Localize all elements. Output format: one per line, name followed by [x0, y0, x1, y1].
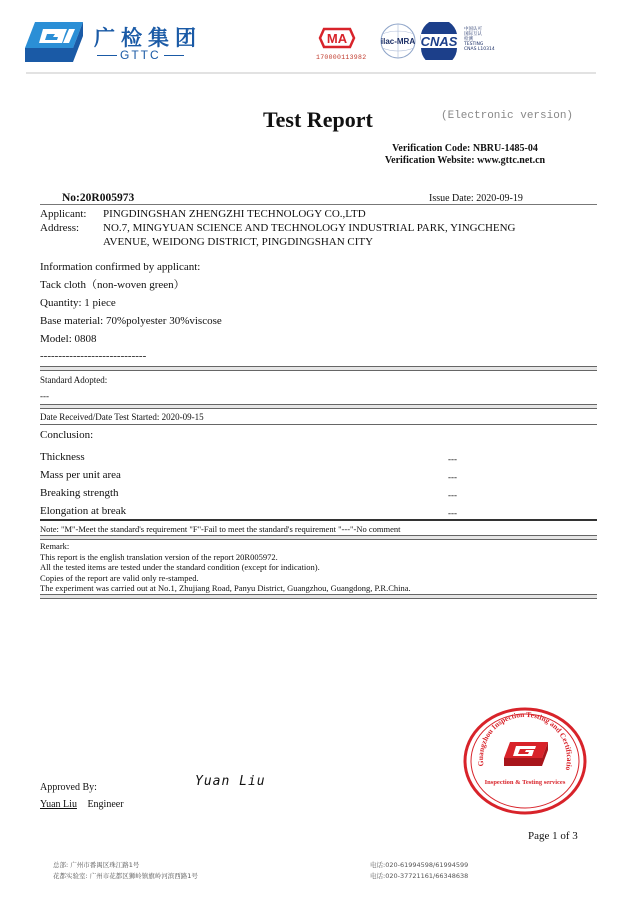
info-line: Model: 0808: [40, 333, 97, 346]
applicant-label: Applicant:: [40, 208, 86, 221]
test-item: Breaking strength: [40, 487, 119, 500]
info-heading: Information confirmed by applicant:: [40, 261, 200, 274]
test-result: ---: [448, 471, 457, 484]
address-line-2: AVENUE, WEIDONG DISTRICT, PINGDINGSHAN C…: [103, 236, 373, 249]
standard-value: ---: [40, 390, 49, 403]
footer-phone-2: 电话:020-37721161/66348638: [370, 871, 468, 882]
footer-addresses: 总部: 广州市番禺区珠江路1号 花都实验室: 广州市花都区狮岭镇旗岭河滨西路1号: [53, 860, 198, 882]
section-divider: [40, 366, 597, 371]
footer-phone-1: 电话:020-61994598/61994599: [370, 860, 468, 871]
signature: Yuan Liu: [195, 774, 266, 789]
test-item: Elongation at break: [40, 505, 126, 518]
remark-line: The experiment was carried out at No.1, …: [40, 583, 411, 594]
test-item: Thickness: [40, 451, 85, 464]
date-received: Date Received/Date Test Started: 2020-09…: [40, 411, 204, 424]
footer-lab-address: 花都实验室: 广州市花都区狮岭镇旗岭河滨西路1号: [53, 871, 198, 882]
divider: [40, 519, 597, 521]
address-line-1: NO.7, MINGYUAN SCIENCE AND TECHNOLOGY IN…: [103, 222, 516, 235]
remark-block: Remark: This report is the english trans…: [40, 541, 411, 594]
report-number: No:20R005973: [62, 192, 134, 204]
cma-logo-icon: MA: [318, 27, 356, 49]
info-line: -----------------------------: [40, 350, 146, 363]
brand-name-en: GTTC: [94, 48, 187, 62]
page-number: Page 1 of 3: [528, 830, 578, 843]
divider: [40, 424, 597, 425]
svg-text:ilac-MRA: ilac-MRA: [381, 37, 415, 46]
cnas-accreditation-text: 中国认可 国际互认 检测 TESTING CNAS L10314: [464, 27, 495, 52]
info-line: Tack cloth（non-woven green）: [40, 279, 185, 292]
issue-date: Issue Date: 2020-09-19: [429, 193, 523, 204]
brand-en-text: GTTC: [120, 48, 161, 62]
section-divider: [40, 535, 597, 540]
applicant-value: PINGDINGSHAN ZHENGZHI TECHNOLOGY CO.,LTD: [103, 208, 366, 221]
approver: Yuan Liu Engineer: [40, 798, 124, 811]
test-result: ---: [448, 489, 457, 502]
cma-number: 170000113982: [316, 54, 366, 61]
remark-line: All the tested items are tested under th…: [40, 562, 411, 573]
approved-by-label: Approved By:: [40, 781, 97, 794]
section-divider: [40, 404, 597, 409]
svg-text:Inspection & Testing services: Inspection & Testing services: [485, 779, 566, 786]
svg-text:CNAS: CNAS: [421, 34, 458, 49]
approver-role: Engineer: [87, 799, 123, 810]
section-divider: [40, 594, 597, 599]
test-result: ---: [448, 453, 457, 466]
verification-code: Verification Code: NBRU-1485-04: [373, 143, 557, 155]
gttc-logo-icon: [25, 22, 83, 62]
remark-label: Remark:: [40, 541, 411, 552]
footer-hq-address: 总部: 广州市番禺区珠江路1号: [53, 860, 198, 871]
ilac-mra-logo-icon: ilac-MRA: [378, 22, 418, 60]
conclusion-label: Conclusion:: [40, 429, 93, 442]
test-item: Mass per unit area: [40, 469, 121, 482]
cnas-logo-icon: CNAS: [415, 22, 463, 60]
remark-line: Copies of the report are valid only re-s…: [40, 573, 411, 584]
approver-name: Yuan Liu: [40, 799, 77, 810]
cnas-code: CNAS L10314: [464, 47, 495, 52]
verification-website: Verification Website: www.gttc.net.cn: [373, 155, 557, 167]
footer-phones: 电话:020-61994598/61994599 电话:020-37721161…: [370, 860, 468, 882]
header-divider: [26, 72, 596, 74]
standard-label: Standard Adopted:: [40, 374, 107, 387]
remark-line: This report is the english translation v…: [40, 552, 411, 563]
svg-text:MA: MA: [327, 31, 348, 46]
info-line: Base material: 70%polyester 30%viscose: [40, 315, 222, 328]
electronic-version-label: (Electronic version): [441, 110, 573, 122]
verification-block: Verification Code: NBRU-1485-04 Verifica…: [373, 143, 557, 167]
company-seal-icon: Guangzhou Inspection Testing and Certifi…: [462, 706, 588, 816]
divider: [40, 204, 597, 205]
info-line: Quantity: 1 piece: [40, 297, 116, 310]
page-title: Test Report: [263, 107, 373, 133]
address-label: Address:: [40, 222, 79, 235]
